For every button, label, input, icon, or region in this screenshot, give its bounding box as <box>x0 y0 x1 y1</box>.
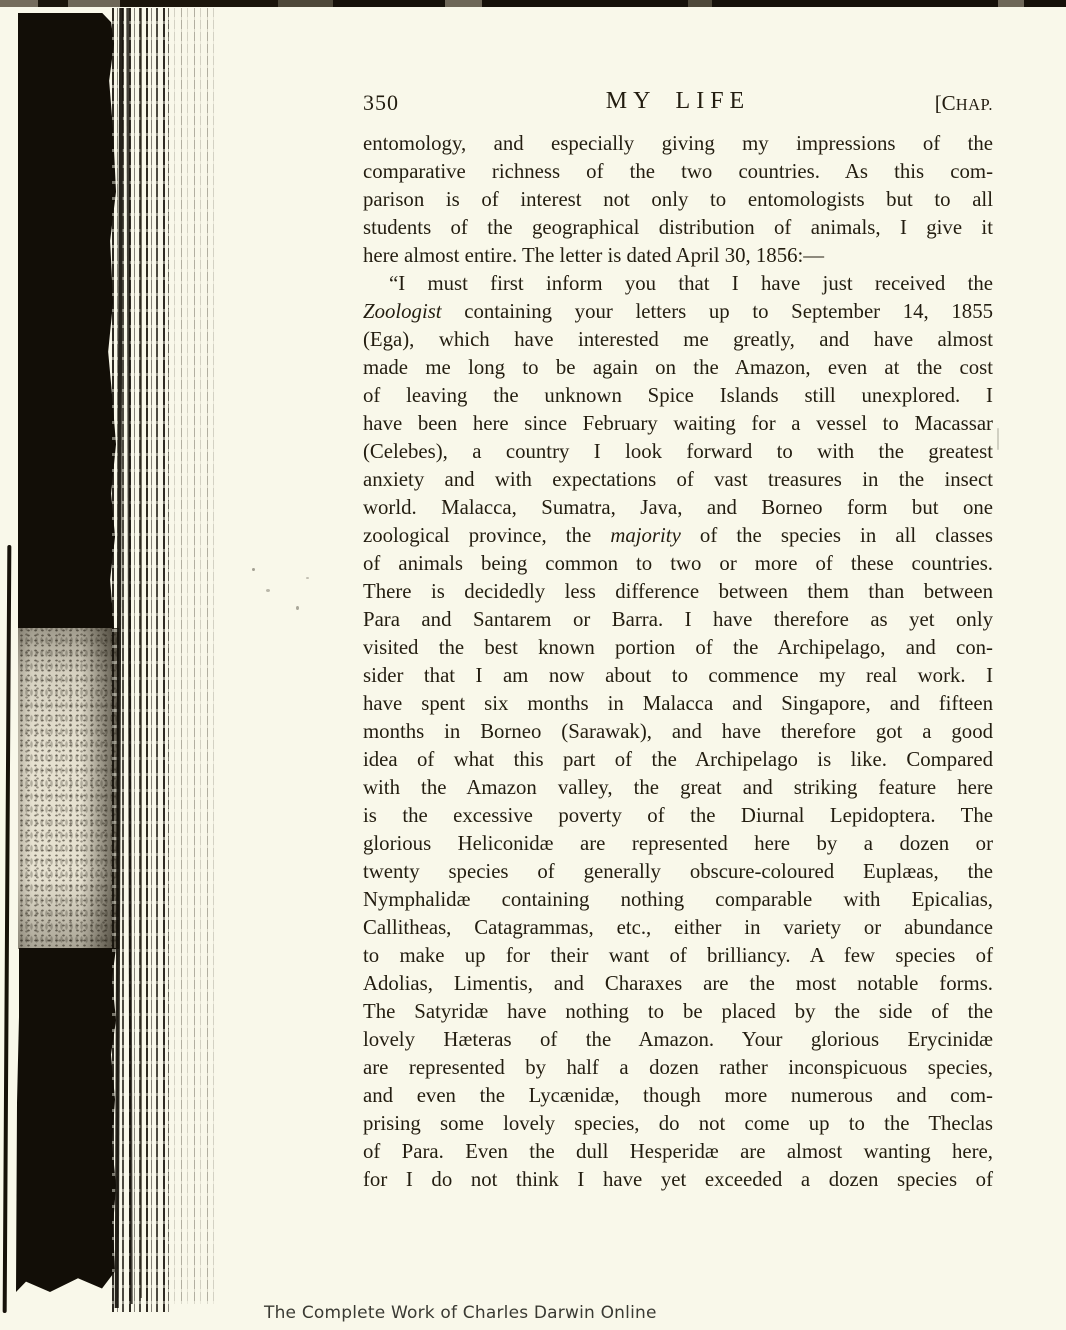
text-line: and even the Lycænidæ, though more numer… <box>363 1082 993 1110</box>
text-line: comparative richness of the two countrie… <box>363 158 993 186</box>
text-line: idea of what this part of the Archipelag… <box>363 746 993 774</box>
text-line: twenty species of generally obscure-colo… <box>363 858 993 886</box>
text-segment: have spent six months in Malacca and Sin… <box>363 692 993 715</box>
text-line: zoological province, the majority of the… <box>363 522 993 550</box>
text-segment: (Celebes), a country I look forward to w… <box>363 440 993 463</box>
text-segment: comparative richness of the two countrie… <box>363 160 993 183</box>
text-segment: Callitheas, Catagrammas, etc., either in… <box>363 916 993 939</box>
text-line: to make up for their want of brilliancy.… <box>363 942 993 970</box>
text-segment: months in Borneo (Sarawak), and have the… <box>363 720 993 743</box>
text-line: here almost entire. The letter is dated … <box>363 242 993 270</box>
text-line: Nymphalidæ containing nothing comparable… <box>363 886 993 914</box>
text-segment: Para and Santarem or Barra. I have there… <box>363 608 993 631</box>
text-line: for I do not think I have yet exceeded a… <box>363 1166 993 1194</box>
text-segment: The Satyridæ have nothing to be placed b… <box>363 1000 993 1023</box>
text-segment: prising some lovely species, do not come… <box>363 1112 993 1135</box>
text-segment: visited the best known portion of the Ar… <box>363 636 993 659</box>
text-segment: sider that I am now about to commence my… <box>363 664 993 687</box>
text-segment: students of the geographical distributio… <box>363 216 993 239</box>
text-line: (Celebes), a country I look forward to w… <box>363 438 993 466</box>
text-segment: “I must first inform you that I have jus… <box>389 272 993 295</box>
text-line: students of the geographical distributio… <box>363 214 993 242</box>
text-line: of leaving the unknown Spice Islands sti… <box>363 382 993 410</box>
text-line: “I must first inform you that I have jus… <box>363 270 993 298</box>
text-segment: containing your letters up to September … <box>442 300 993 323</box>
italic-text: majority <box>610 524 680 547</box>
chapter-label-bracket: [C <box>935 91 956 115</box>
text-segment: have been here since February waiting fo… <box>363 412 993 435</box>
running-title: MY LIFE <box>363 88 993 115</box>
text-segment: lovely Hæteras of the Amazon. Your glori… <box>363 1028 993 1051</box>
scanned-book-page: 350 MY LIFE [CHAP. entomology, and espec… <box>0 0 1066 1330</box>
text-line: of Para. Even the dull Hesperidæ are alm… <box>363 1138 993 1166</box>
text-line: Zoologist containing your letters up to … <box>363 298 993 326</box>
text-segment: There is decidedly less difference betwe… <box>363 580 993 603</box>
text-segment: glorious Heliconidæ are represented here… <box>363 832 993 855</box>
text-line: is the excessive poverty of the Diurnal … <box>363 802 993 830</box>
text-line: There is decidedly less difference betwe… <box>363 578 993 606</box>
text-segment: is the excessive poverty of the Diurnal … <box>363 804 993 827</box>
text-segment: for I do not think I have yet exceeded a… <box>363 1168 993 1191</box>
italic-text: Zoologist <box>363 300 442 323</box>
text-line: The Satyridæ have nothing to be placed b… <box>363 998 993 1026</box>
text-line: Para and Santarem or Barra. I have there… <box>363 606 993 634</box>
text-segment: (Ega), which have interested me greatly,… <box>363 328 993 351</box>
text-line: visited the best known portion of the Ar… <box>363 634 993 662</box>
text-segment: entomology, and especially giving my imp… <box>363 132 993 155</box>
text-line: made me long to be again on the Amazon, … <box>363 354 993 382</box>
page-content: 350 MY LIFE [CHAP. entomology, and espec… <box>0 0 1066 1330</box>
page-header: 350 MY LIFE [CHAP. <box>363 88 993 120</box>
text-line: prising some lovely species, do not come… <box>363 1110 993 1138</box>
text-segment: world. Malacca, Sumatra, Java, and Borne… <box>363 496 993 519</box>
text-line: entomology, and especially giving my imp… <box>363 130 993 158</box>
text-segment: anxiety and with expectations of vast tr… <box>363 468 993 491</box>
text-line: (Ega), which have interested me greatly,… <box>363 326 993 354</box>
text-segment: here almost entire. The letter is dated … <box>363 244 824 267</box>
text-line: Adolias, Limentis, and Charaxes are the … <box>363 970 993 998</box>
text-segment: of Para. Even the dull Hesperidæ are alm… <box>363 1140 993 1163</box>
text-segment: twenty species of generally obscure-colo… <box>363 860 993 883</box>
text-segment: and even the Lycænidæ, though more numer… <box>363 1084 993 1107</box>
text-segment: parison is of interest not only to entom… <box>363 188 993 211</box>
text-segment: of the species in all classes <box>681 524 993 547</box>
text-line: Callitheas, Catagrammas, etc., either in… <box>363 914 993 942</box>
text-segment: to make up for their want of brilliancy.… <box>363 944 993 967</box>
chapter-label: [CHAP. <box>935 90 993 116</box>
chapter-label-smallcaps: HAP. <box>956 95 993 114</box>
text-segment: made me long to be again on the Amazon, … <box>363 356 993 379</box>
text-line: have spent six months in Malacca and Sin… <box>363 690 993 718</box>
body-text: entomology, and especially giving my imp… <box>363 130 993 1194</box>
text-line: of animals being common to two or more o… <box>363 550 993 578</box>
text-line: months in Borneo (Sarawak), and have the… <box>363 718 993 746</box>
text-line: world. Malacca, Sumatra, Java, and Borne… <box>363 494 993 522</box>
text-segment: with the Amazon valley, the great and st… <box>363 776 993 799</box>
text-segment: of animals being common to two or more o… <box>363 552 993 575</box>
text-line: lovely Hæteras of the Amazon. Your glori… <box>363 1026 993 1054</box>
text-segment: of leaving the unknown Spice Islands sti… <box>363 384 993 407</box>
text-segment: Nymphalidæ containing nothing comparable… <box>363 888 993 911</box>
text-segment: zoological province, the <box>363 524 610 547</box>
footer-caption: The Complete Work of Charles Darwin Onli… <box>264 1303 657 1323</box>
text-line: anxiety and with expectations of vast tr… <box>363 466 993 494</box>
text-segment: idea of what this part of the Archipelag… <box>363 748 993 771</box>
text-segment: are represented by half a dozen rather i… <box>363 1056 993 1079</box>
text-line: glorious Heliconidæ are represented here… <box>363 830 993 858</box>
text-line: with the Amazon valley, the great and st… <box>363 774 993 802</box>
text-segment: Adolias, Limentis, and Charaxes are the … <box>363 972 993 995</box>
text-line: parison is of interest not only to entom… <box>363 186 993 214</box>
text-line: sider that I am now about to commence my… <box>363 662 993 690</box>
text-line: are represented by half a dozen rather i… <box>363 1054 993 1082</box>
text-line: have been here since February waiting fo… <box>363 410 993 438</box>
